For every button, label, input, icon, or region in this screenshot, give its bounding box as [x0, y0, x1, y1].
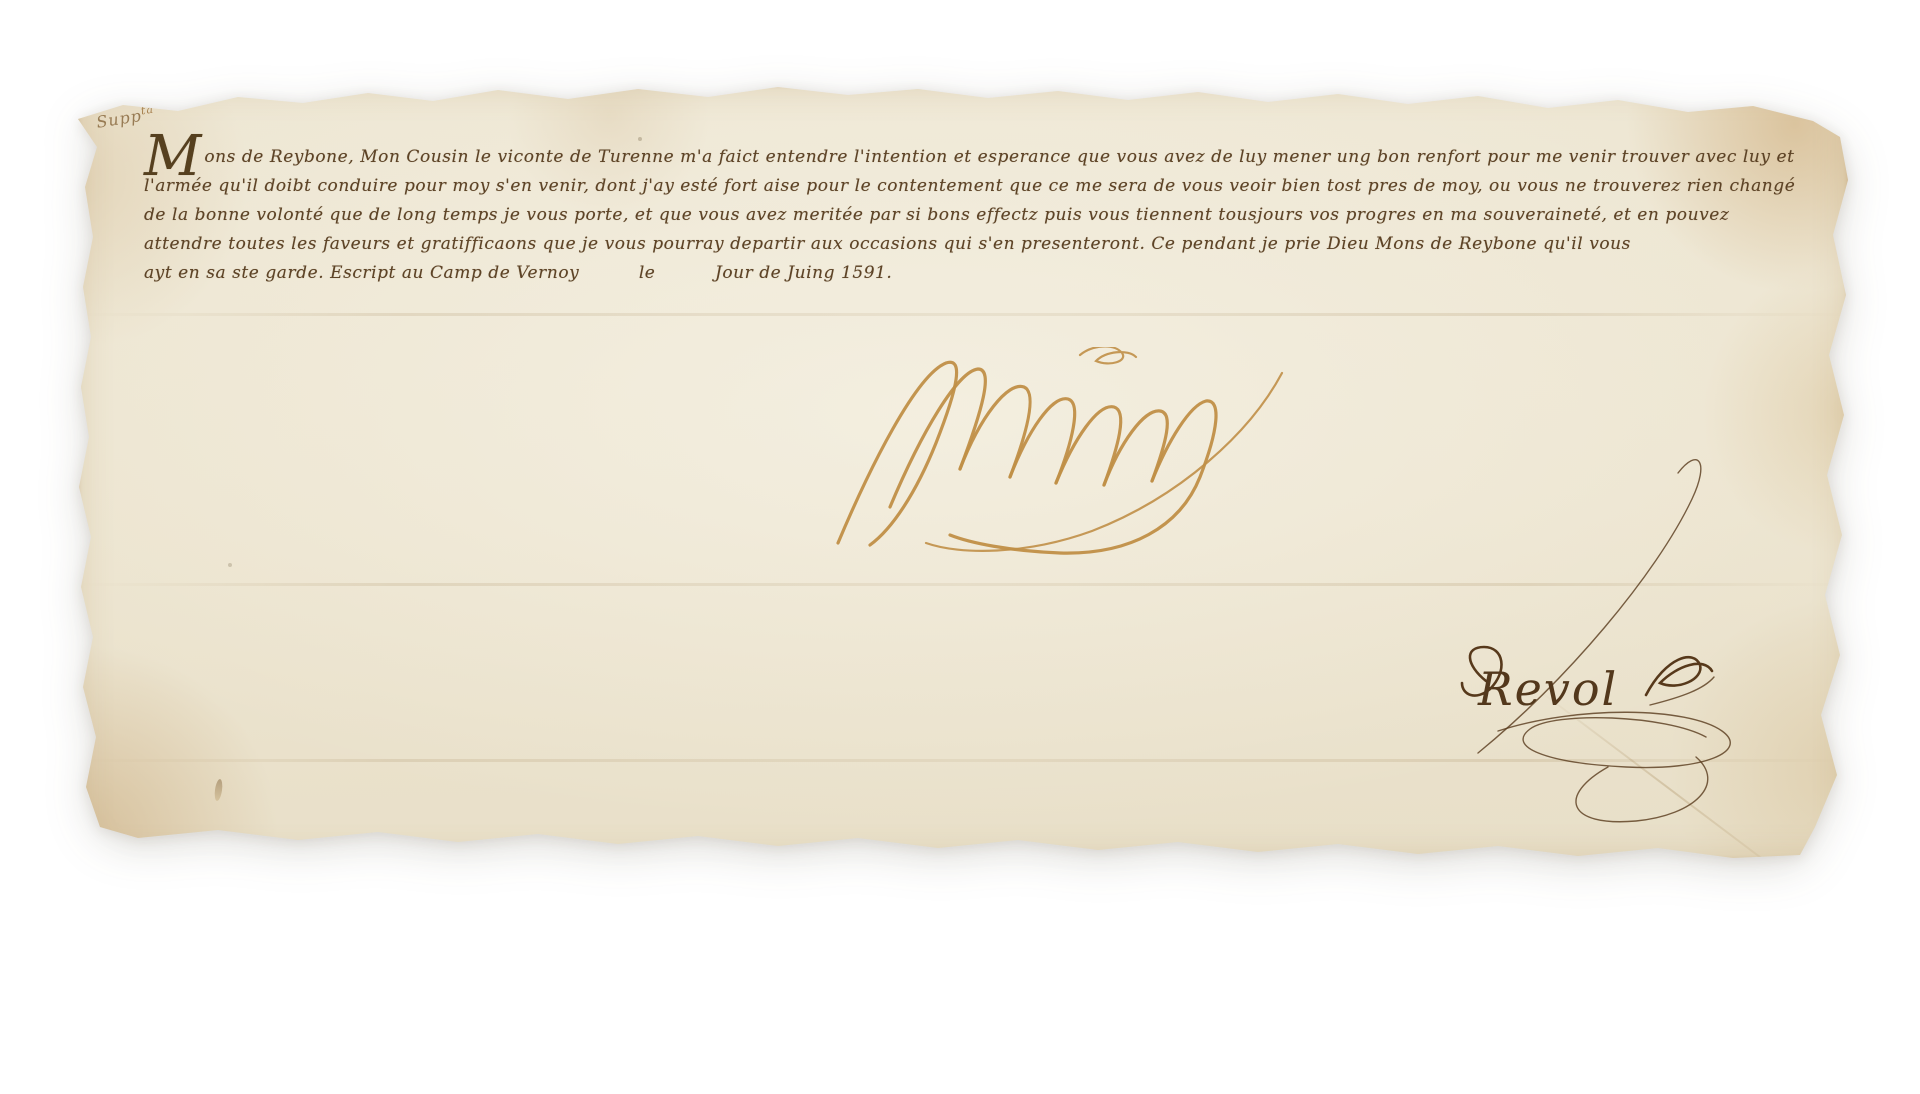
manuscript-line-dateline: ayt en sa ste garde. Escript au Camp de … [144, 259, 1564, 288]
docket-annotation-text: Supp [95, 106, 143, 132]
photo-backdrop: Suppta Mons de Reybone, Mon Cousin le vi… [0, 0, 1920, 1094]
manuscript-letter: Suppta Mons de Reybone, Mon Cousin le vi… [78, 85, 1848, 860]
ink-speck [228, 563, 232, 567]
manuscript-line: de la bonne volonté que de long temps je… [144, 201, 1564, 230]
paper-tear-mark [214, 779, 224, 802]
manuscript-line: l'armée qu'il doibt conduire pour moy s'… [144, 172, 1564, 201]
henry-signature-label: Henry [78, 85, 79, 86]
ink-speck [1566, 101, 1570, 105]
aged-paper-sheet: Suppta Mons de Reybone, Mon Cousin le vi… [78, 85, 1848, 860]
letter-body: Mons de Reybone, Mon Cousin le viconte d… [144, 143, 1564, 288]
manuscript-line: attendre toutes les faveurs et gratiffic… [144, 230, 1564, 259]
ink-speck [638, 137, 642, 141]
manuscript-line: Mons de Reybone, Mon Cousin le viconte d… [144, 143, 1564, 172]
horizontal-fold-line [78, 313, 1848, 316]
henry-royal-signature [830, 347, 1300, 582]
countersignature-text: Revol [1477, 662, 1618, 716]
revol-countersignature: Revol [1378, 443, 1758, 843]
docket-annotation-superscript: ta [140, 103, 155, 118]
